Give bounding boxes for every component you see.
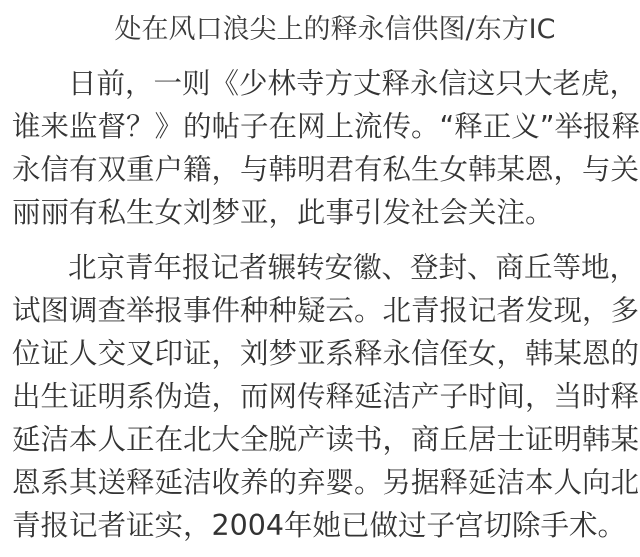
paragraph-line: 恩系其送释延洁收养的弃婴。另据释延洁本人向北: [12, 463, 639, 503]
paragraph-line: 日前，一则《少林寺方丈释永信这只大老虎，: [68, 64, 638, 104]
paragraph-line: 延洁本人正在北大全脱产读书，商丘居士证明韩某: [12, 420, 639, 460]
paragraph-line: 位证人交叉印证，刘梦亚系释永信侄女，韩某恩的: [12, 334, 639, 374]
paragraph-line: 丽丽有私生女刘梦亚，此事引发社会关注。: [12, 193, 554, 233]
paragraph-line: 试图调查举报事件种种疑云。北青报记者发现，多: [12, 291, 639, 331]
paragraph-line: 永信有双重户籍，与韩明君有私生女韩某恩，与关: [12, 150, 639, 190]
article-document: 处在风口浪尖上的释永信供图/东方IC 日前，一则《少林寺方丈释永信这只大老虎， …: [0, 0, 640, 557]
paragraph-line: 出生证明系伪造，而网传释延洁产子时间，当时释: [12, 377, 639, 417]
paragraph-line: 青报记者证实，2004年她已做过子宫切除手术。: [12, 506, 626, 546]
paragraph-line: 谁来监督？》的帖子在网上流传。“释正义”举报释: [12, 107, 640, 147]
paragraph-line: 北京青年报记者辗转安徽、登封、商丘等地，: [68, 248, 638, 288]
image-caption: 处在风口浪尖上的释永信供图/东方IC: [0, 10, 640, 50]
